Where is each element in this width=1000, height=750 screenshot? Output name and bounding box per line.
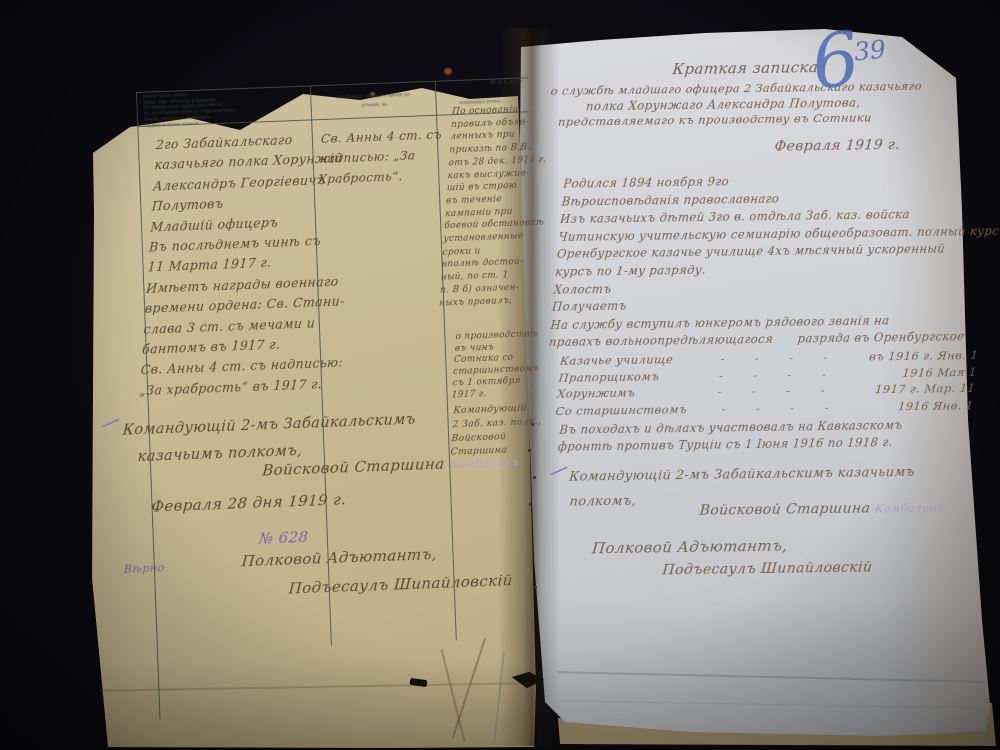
commander-surname-note: Комбалинъ bbox=[875, 501, 946, 515]
ink-speck bbox=[533, 476, 536, 479]
service-date: 1916 Мая 1 bbox=[866, 364, 977, 380]
service-date: 1916 Янв. 1 bbox=[863, 398, 974, 414]
ink-speck bbox=[528, 449, 531, 452]
adjutant-title: Полковой Адъютантъ, bbox=[241, 545, 438, 570]
service-rank-label: Со старшинствомъ bbox=[555, 402, 688, 418]
certified-mark: Вѣрно bbox=[123, 561, 165, 576]
handwritten-line: Храбрость“. bbox=[318, 165, 435, 189]
paper-stain bbox=[370, 92, 375, 96]
service-rank-label: Казачье училище bbox=[560, 352, 681, 368]
blue-pencil-number-small: 39 bbox=[853, 34, 888, 66]
commander-rank: Войсковой Старшина bbox=[699, 500, 871, 518]
ink-speck bbox=[531, 423, 534, 426]
commander-title-line1: Командующій 2-мъ Забайкальскимъ bbox=[122, 412, 416, 439]
dash-leader: - - - - bbox=[677, 383, 866, 400]
service-rank-label: Прапорщикомъ bbox=[558, 369, 679, 385]
document-date: Февраля 28 дня 1919 г. bbox=[151, 490, 347, 515]
printed-header-col1: Какой части войскъ.Чинъ, имя, отчество и… bbox=[143, 89, 309, 129]
service-progression-rows: Казачье училище - - - - въ 1916 г. Янв. … bbox=[555, 348, 979, 420]
service-rank-label: Хорунжимъ bbox=[557, 385, 678, 401]
handwritten-line: 1917 г. bbox=[451, 387, 538, 402]
note-date: Февраля 1919 г. bbox=[774, 137, 901, 155]
campaign-statement: Въ походахъ и дѣлахъ участвовалъ на Кавк… bbox=[557, 416, 980, 456]
commander-surname-note: Комбалинъ bbox=[449, 456, 520, 472]
entry-opinion-signature: Командующій2 Заб. каз. полк.,ВойсковойСт… bbox=[450, 401, 546, 460]
dash-leader: - - - - bbox=[686, 399, 864, 415]
dash-leader: - - - - bbox=[678, 366, 867, 383]
ink-speck bbox=[534, 586, 537, 589]
award-form-table: Какой части войскъ.Чинъ, имя, отчество и… bbox=[136, 77, 551, 723]
entry-opinion: По основаніиправилъ объяв-ленныхъ припри… bbox=[439, 103, 541, 310]
adjutant-signature: Подъесаулъ Шипайловскій bbox=[288, 571, 513, 597]
photo-of-archival-document: Какой части войскъ.Чинъ, имя, отчество и… bbox=[0, 0, 1000, 750]
entry-last-award: Св. Анны 4 ст. сънадписью: „ЗаХрабрость“… bbox=[318, 125, 438, 190]
note-body: Родился 1894 ноября 9гоВѣроисповѣданія п… bbox=[548, 170, 986, 352]
dash-leader: - - - - bbox=[680, 350, 869, 367]
commander-title-line2: полкомъ, bbox=[569, 494, 637, 510]
service-date: въ 1916 г. Янв. 1 bbox=[868, 348, 979, 364]
entry-promotion: о производствѣвъ чинъСотника состаршинст… bbox=[451, 329, 542, 402]
service-date: 1917 г. Мар. 11 bbox=[865, 381, 976, 397]
entry-unit-rank-name: 2го Забайкальскагоказачьяго полка Хорунж… bbox=[139, 129, 329, 402]
adjutant-signature: Подъесаулъ Шипайловскій bbox=[662, 559, 873, 578]
adjutant-title: Полковой Адъютантъ, bbox=[591, 537, 788, 558]
document-number: № 628 bbox=[258, 528, 309, 548]
ink-speck bbox=[529, 503, 532, 506]
rust-stain bbox=[444, 68, 452, 75]
handwritten-line: ныхъ правилъ, bbox=[439, 294, 528, 310]
